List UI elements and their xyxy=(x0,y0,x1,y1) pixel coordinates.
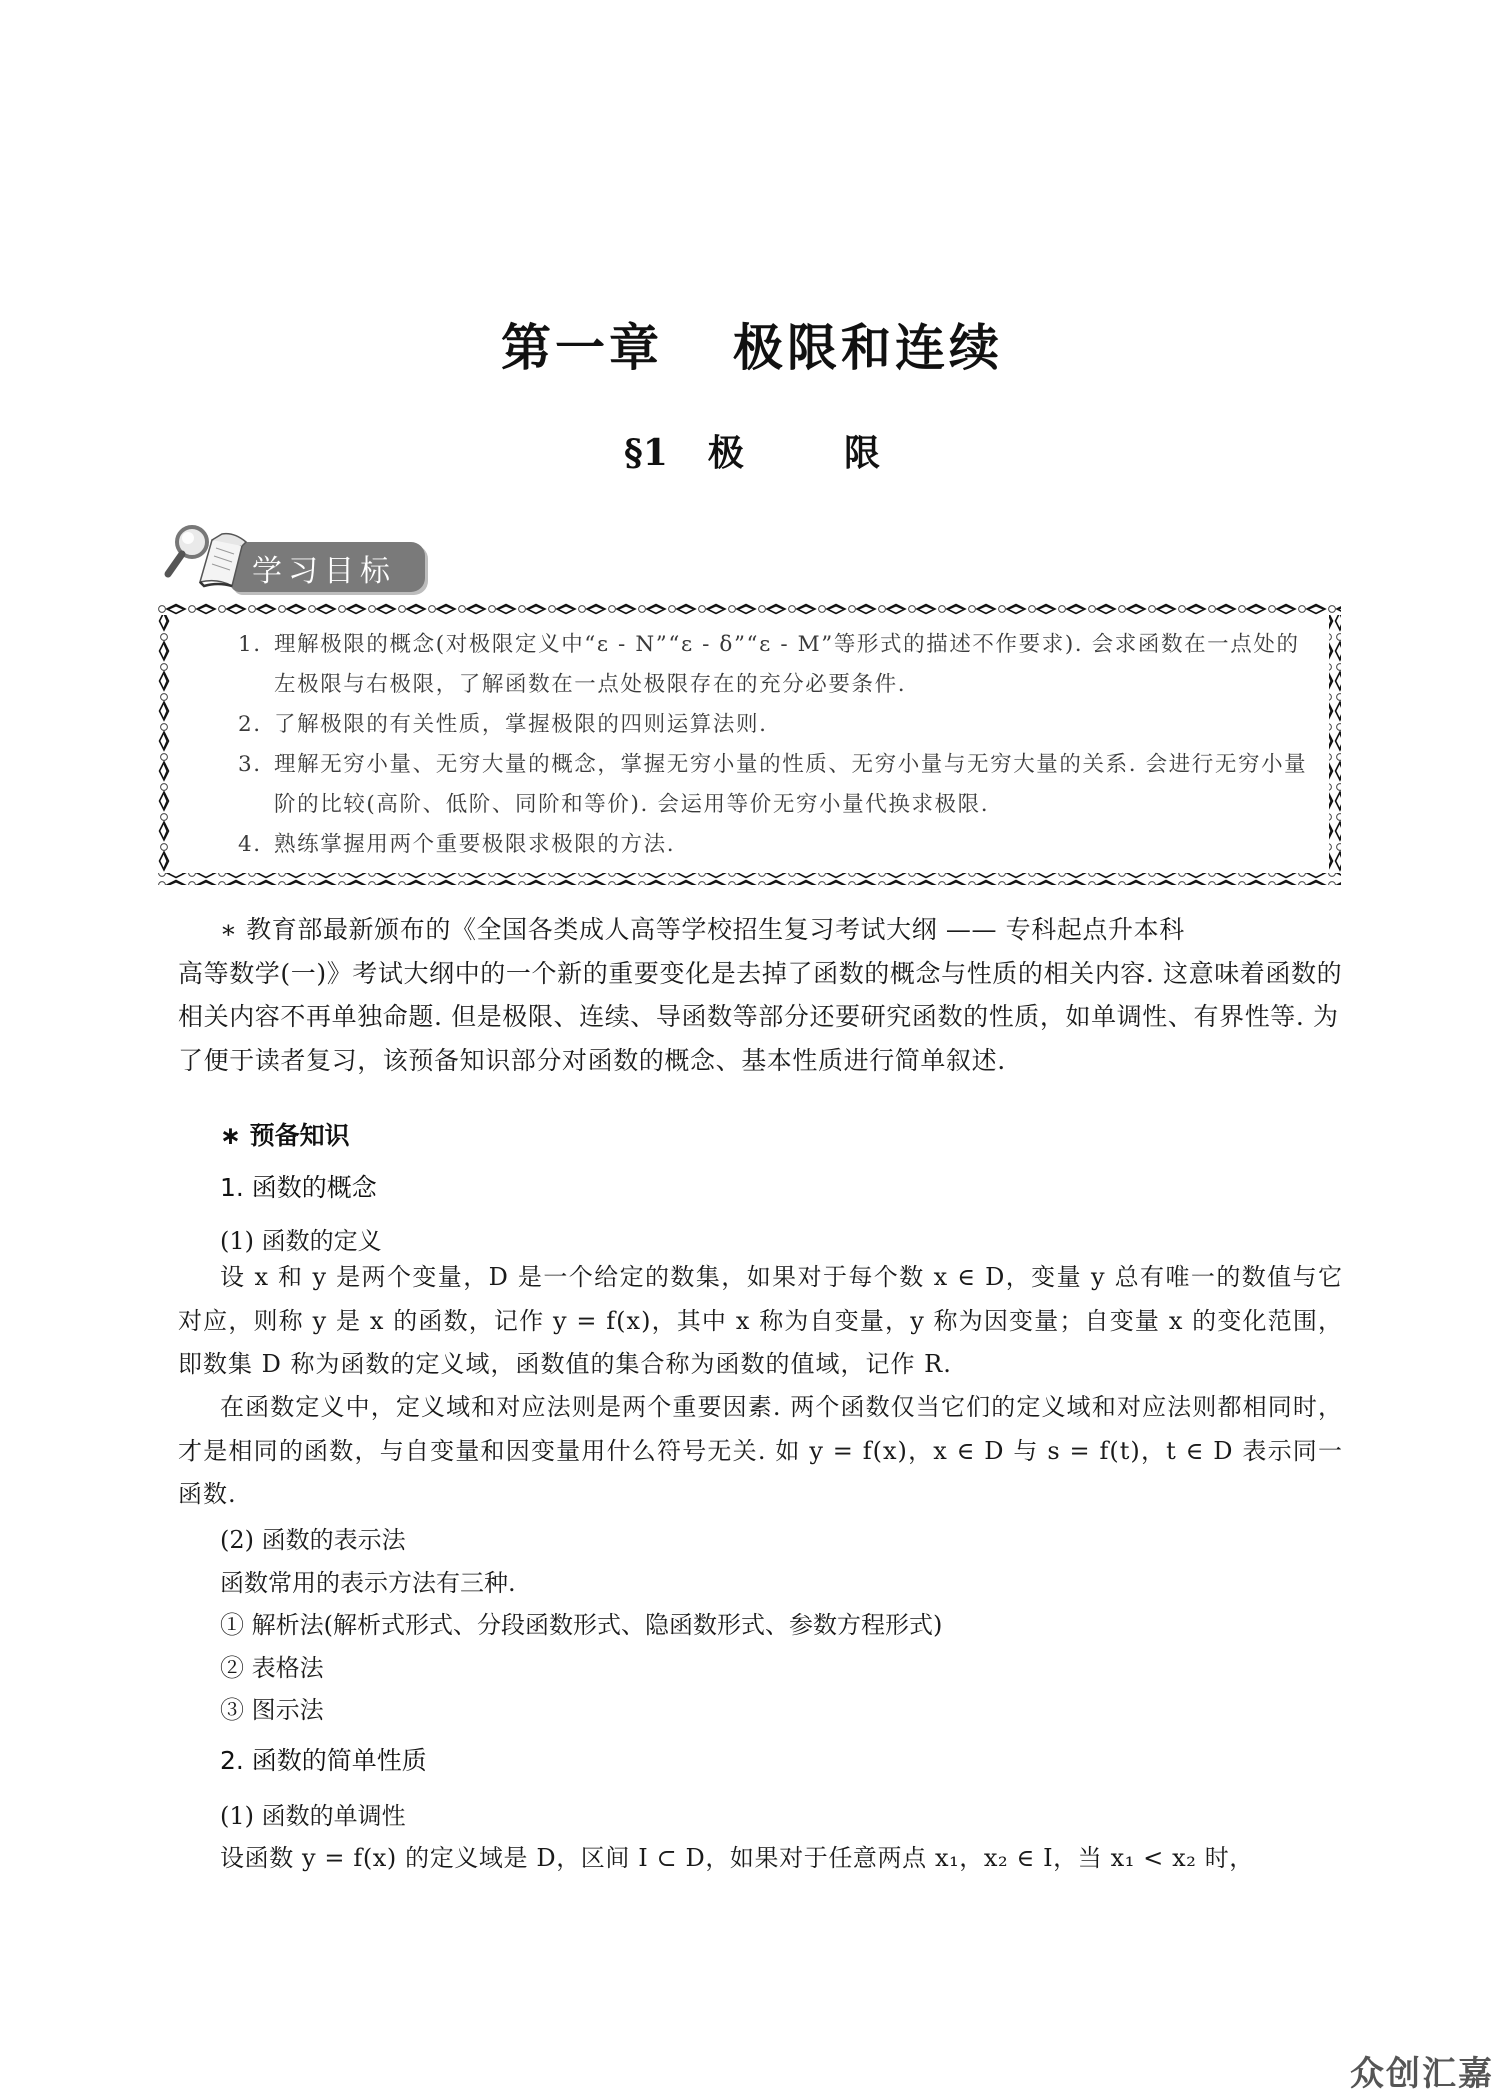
intro-rest: 高等数学(一)》考试大纲中的一个新的重要变化是去掉了函数的概念与性质的相关内容.… xyxy=(178,959,1342,1075)
objective-number: 3. xyxy=(238,745,274,785)
objective-text: 熟练掌握用两个重要极限求极限的方法. xyxy=(274,832,675,857)
definition-paragraph: 设 x 和 y 是两个变量，D 是一个给定的数集，如果对于每个数 x ∈ D，变… xyxy=(178,1256,1343,1387)
objectives-list: 1.理解极限的概念(对极限定义中“ε - N”“ε - δ”“ε - M”等形式… xyxy=(238,625,1311,865)
representation-item: ② 表格法 xyxy=(220,1648,324,1683)
objective-text: 理解无穷小量、无穷大量的概念，掌握无穷小量的性质、无穷小量与无穷大量的关系. 会… xyxy=(274,752,1307,817)
objective-text: 了解极限的有关性质，掌握极限的四则运算法则. xyxy=(274,712,768,737)
objective-item: 2.了解极限的有关性质，掌握极限的四则运算法则. xyxy=(238,705,1311,745)
section-symbol: §1 xyxy=(624,432,668,474)
objective-number: 2. xyxy=(238,705,274,745)
section-title: §1极限 xyxy=(0,425,1504,476)
objective-text: 理解极限的概念(对极限定义中“ε - N”“ε - δ”“ε - M”等形式的描… xyxy=(274,632,1300,697)
objective-item: 4.熟练掌握用两个重要极限求极限的方法. xyxy=(238,825,1311,865)
section-title-char: 极 xyxy=(708,432,744,474)
objective-number: 4. xyxy=(238,825,274,865)
representation-item: ① 解析法(解析式形式、分段函数形式、隐函数形式、参数方程形式) xyxy=(220,1605,942,1640)
chapter-name: 极限和连续 xyxy=(733,319,1003,377)
s2-sub-monotonicity: (1) 函数的单调性 xyxy=(220,1796,406,1831)
objective-item: 1.理解极限的概念(对极限定义中“ε - N”“ε - δ”“ε - M”等形式… xyxy=(238,625,1311,705)
intro-paragraph: ∗ 教育部最新颁布的《全国各类成人高等学校招生复习考试大纲 —— 专科起点升本科… xyxy=(178,908,1343,1082)
representation-intro: 函数常用的表示方法有三种. xyxy=(220,1563,516,1598)
s1-sub-definition: (1) 函数的定义 xyxy=(220,1221,382,1256)
objectives-box: 1.理解极限的概念(对极限定义中“ε - N”“ε - δ”“ε - M”等形式… xyxy=(158,603,1341,885)
s2-heading: 2. 函数的简单性质 xyxy=(220,1741,427,1777)
section-title-char: 限 xyxy=(844,432,880,474)
chapter-number: 第一章 xyxy=(501,319,663,377)
definition-note-paragraph: 在函数定义中，定义域和对应法则是两个重要因素. 两个函数仅当它们的定义域和对应法… xyxy=(178,1386,1343,1517)
prelim-heading: ∗ 预备知识 xyxy=(220,1116,350,1152)
objective-item: 3.理解无穷小量、无穷大量的概念，掌握无穷小量的性质、无穷小量与无穷大量的关系.… xyxy=(238,745,1311,825)
chapter-title: 第一章极限和连续 xyxy=(0,308,1504,380)
badge-label: 学习目标 xyxy=(252,546,396,590)
monotonicity-text: 设函数 y = f(x) 的定义域是 D，区间 I ⊂ D，如果对于任意两点 x… xyxy=(220,1838,1254,1873)
intro-first-line: ∗ 教育部最新颁布的《全国各类成人高等学校招生复习考试大纲 —— 专科起点升本科 xyxy=(178,908,1343,952)
s1-sub-representation: (2) 函数的表示法 xyxy=(220,1520,406,1555)
objectives-badge: 学习目标 xyxy=(160,520,430,592)
s1-heading: 1. 函数的概念 xyxy=(220,1168,377,1204)
watermark-logo: 众创汇嘉 xyxy=(1350,2046,1494,2094)
representation-item: ③ 图示法 xyxy=(220,1690,324,1725)
objective-number: 1. xyxy=(238,625,274,665)
